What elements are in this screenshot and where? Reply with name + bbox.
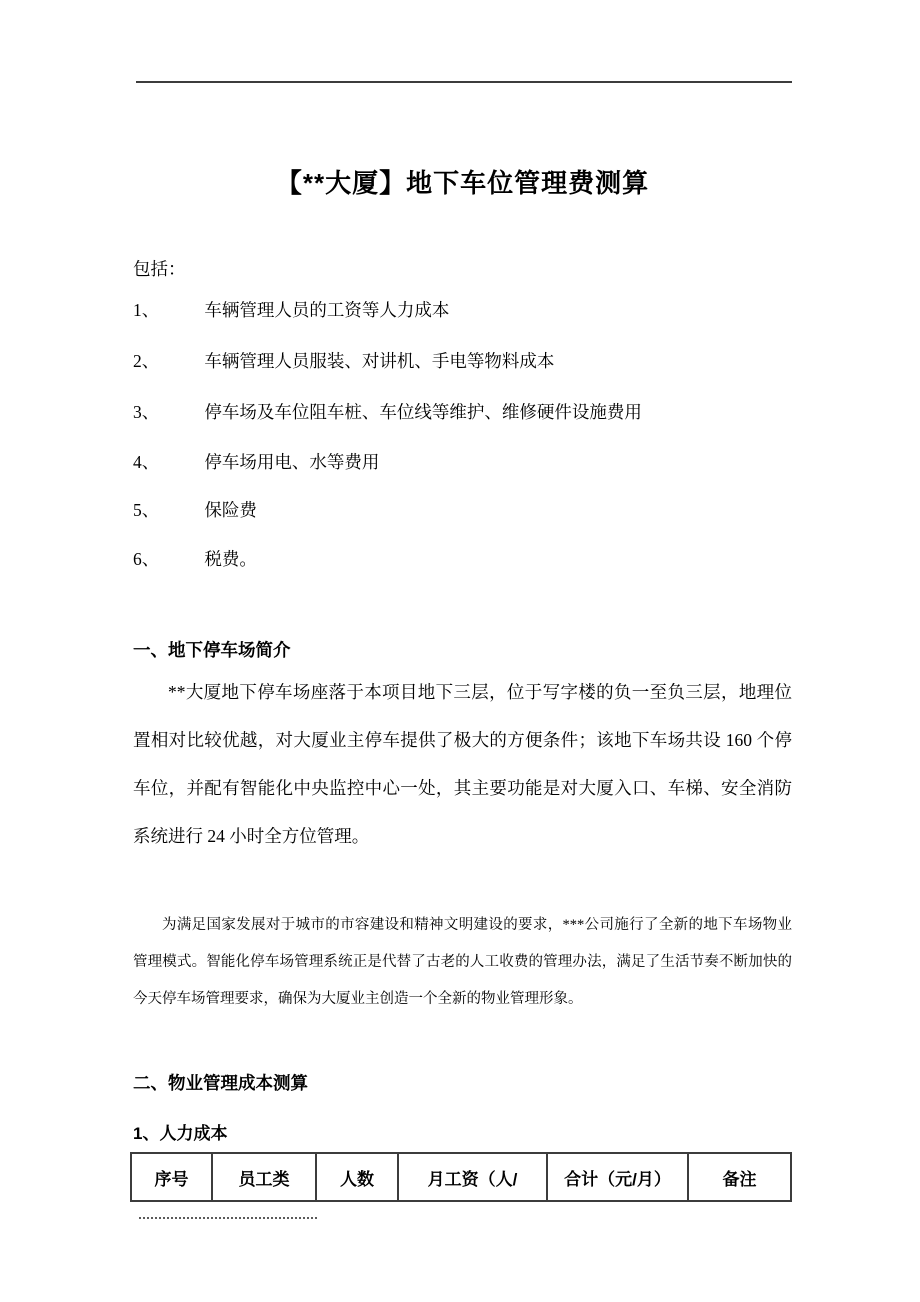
table-header-cell: 序号: [131, 1153, 212, 1201]
list-item-text: 税费。: [204, 549, 257, 569]
table-header-cell: 备注: [688, 1153, 791, 1201]
document-page: 【**大厦】地下车位管理费测算 包括： 1、 车辆管理人员的工资等人力成本 2、…: [0, 0, 920, 1302]
list-item-number: 2、: [133, 348, 200, 373]
section-intro-heading: 一、地下停车场简介: [133, 637, 291, 662]
intro-paragraph-main: **大厦地下停车场座落于本项目地下三层，位于写字楼的负一至负三层，地理位置相对比…: [133, 668, 792, 860]
list-item-number: 3、: [133, 399, 200, 424]
labor-cost-subheading: 1、人力成本: [133, 1119, 227, 1144]
list-item-number: 6、: [133, 546, 200, 571]
list-item-number: 4、: [133, 449, 200, 474]
document-title: 【**大厦】地下车位管理费测算: [133, 163, 792, 200]
header-rule: [136, 81, 792, 83]
section-cost-heading: 二、物业管理成本测算: [133, 1070, 308, 1095]
list-item: 4、 停车场用电、水等费用: [133, 449, 792, 474]
includes-label: 包括：: [133, 256, 186, 281]
list-item: 5、 保险费: [133, 497, 792, 522]
list-item-text: 停车场及车位阻车桩、车位线等维护、维修硬件设施费用: [204, 402, 642, 422]
list-item-number: 1、: [133, 297, 200, 322]
intro-paragraph-secondary: 为满足国家发展对于城市的市容建设和精神文明建设的要求，***公司施行了全新的地下…: [133, 907, 792, 1018]
list-item-text: 车辆管理人员服装、对讲机、手电等物料成本: [204, 351, 554, 371]
list-item: 1、 车辆管理人员的工资等人力成本: [133, 297, 792, 322]
table-header-cell: 员工类: [212, 1153, 316, 1201]
list-item: 3、 停车场及车位阻车桩、车位线等维护、维修硬件设施费用: [133, 399, 792, 424]
list-item: 2、 车辆管理人员服装、对讲机、手电等物料成本: [133, 348, 792, 373]
labor-cost-table: 序号 员工类 人数 月工资（人/ 合计（元/月） 备注: [130, 1152, 792, 1202]
list-item-text: 停车场用电、水等费用: [204, 452, 379, 472]
list-item-number: 5、: [133, 497, 200, 522]
list-item: 6、 税费。: [133, 546, 792, 571]
table-header-cell: 人数: [316, 1153, 398, 1201]
table-header-cell: 合计（元/月）: [547, 1153, 688, 1201]
table-header-cell: 月工资（人/: [398, 1153, 547, 1201]
table-header-row: 序号 员工类 人数 月工资（人/ 合计（元/月） 备注: [131, 1153, 791, 1201]
dotted-separator: [139, 1217, 317, 1219]
list-item-text: 保险费: [204, 500, 257, 520]
list-item-text: 车辆管理人员的工资等人力成本: [204, 300, 449, 320]
